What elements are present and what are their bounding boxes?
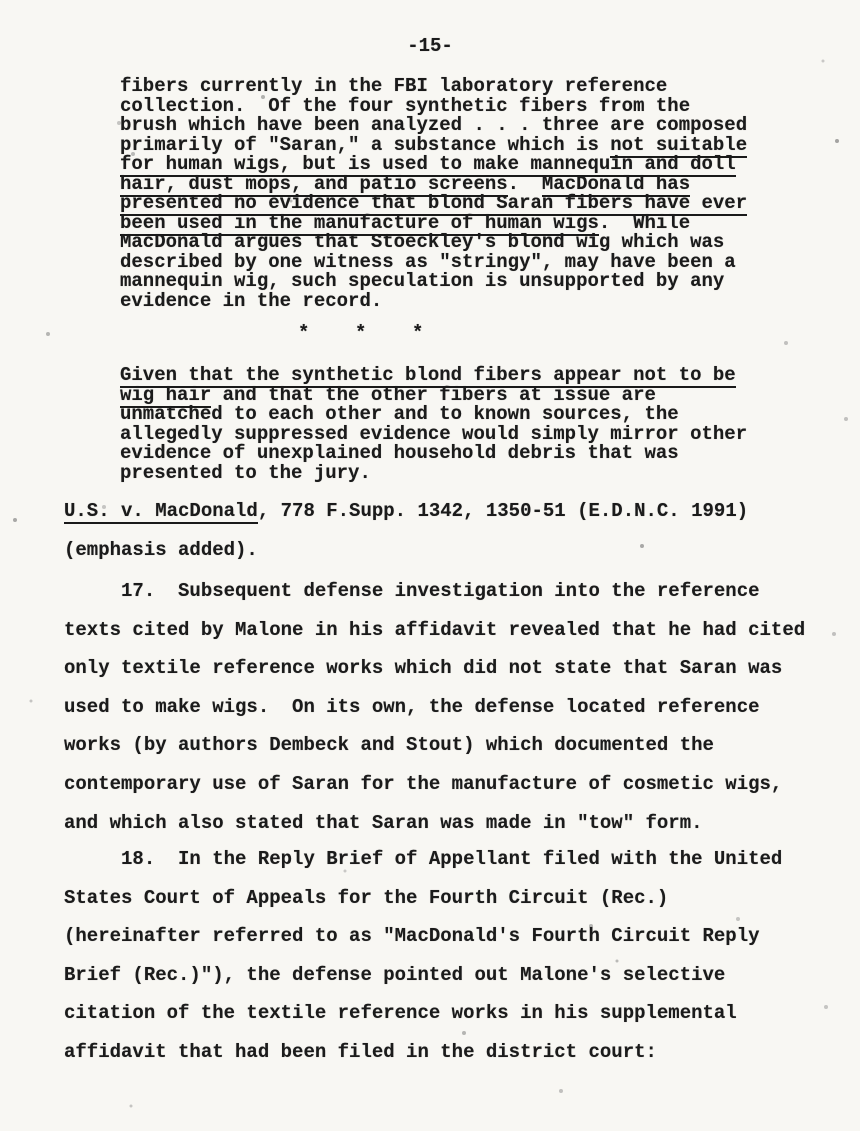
text-segment: affidavit that had been filed in the dis… [64,1041,657,1063]
text-line: 17. Subsequent defense investigation int… [64,572,805,611]
text-segment: works (by authors Dembeck and Stout) whi… [64,734,714,756]
text-line: only textile reference works which did n… [64,649,805,688]
text-line: texts cited by Malone in his affidavit r… [64,611,805,650]
text-line: citation of the textile reference works … [64,994,782,1033]
scan-noise [0,0,2,2]
text-segment: evidence in the record. [120,290,382,312]
text-segment: (hereinafter referred to as "MacDonald's… [64,925,760,947]
text-segment: 17. Subsequent defense investigation int… [64,580,760,602]
text-line: U.S. v. MacDonald, 778 F.Supp. 1342, 135… [64,492,748,531]
text-line: works (by authors Dembeck and Stout) whi… [64,726,805,765]
text-segment: States Court of Appeals for the Fourth C… [64,887,668,909]
text-line: for human wigs, but is used to make mann… [120,155,747,175]
text-line: evidence in the record. [120,292,747,312]
text-line: and which also stated that Saran was mad… [64,804,805,843]
paragraph-18: 18. In the Reply Brief of Appellant file… [64,840,782,1072]
text-segment: (emphasis added). [64,539,258,561]
text-line: (emphasis added). [64,531,748,570]
text-line: contemporary use of Saran for the manufa… [64,765,805,804]
block-quote-2: Given that the synthetic blond fibers ap… [120,366,747,483]
text-segment: Brief (Rec.)"), the defense pointed out … [64,964,725,986]
text-segment: used to make wigs. On its own, the defen… [64,696,760,718]
text-line: Brief (Rec.)"), the defense pointed out … [64,956,782,995]
case-citation: U.S. v. MacDonald, 778 F.Supp. 1342, 135… [64,492,748,569]
paragraph-17: 17. Subsequent defense investigation int… [64,572,805,842]
asterisk-separator: * * * [298,324,423,344]
text-line: States Court of Appeals for the Fourth C… [64,879,782,918]
page-number: -15- [0,36,860,56]
text-line: 18. In the Reply Brief of Appellant file… [64,840,782,879]
text-segment: texts cited by Malone in his affidavit r… [64,619,805,641]
text-segment: only textile reference works which did n… [64,657,782,679]
block-quote-1: fibers currently in the FBI laboratory r… [120,77,747,311]
text-segment: and which also stated that Saran was mad… [64,812,703,834]
text-segment: presented to the jury. [120,462,371,484]
text-line: (hereinafter referred to as "MacDonald's… [64,917,782,956]
text-line: affidavit that had been filed in the dis… [64,1033,782,1072]
text-segment: contemporary use of Saran for the manufa… [64,773,782,795]
underlined-text: U.S. v. MacDonald [64,500,258,524]
text-line: used to make wigs. On its own, the defen… [64,688,805,727]
document-page: -15- fibers currently in the FBI laborat… [0,0,860,1131]
text-segment: citation of the textile reference works … [64,1002,737,1024]
text-segment: , 778 F.Supp. 1342, 1350-51 (E.D.N.C. 19… [258,500,748,522]
text-segment: 18. In the Reply Brief of Appellant file… [64,848,782,870]
text-line: presented to the jury. [120,464,747,484]
